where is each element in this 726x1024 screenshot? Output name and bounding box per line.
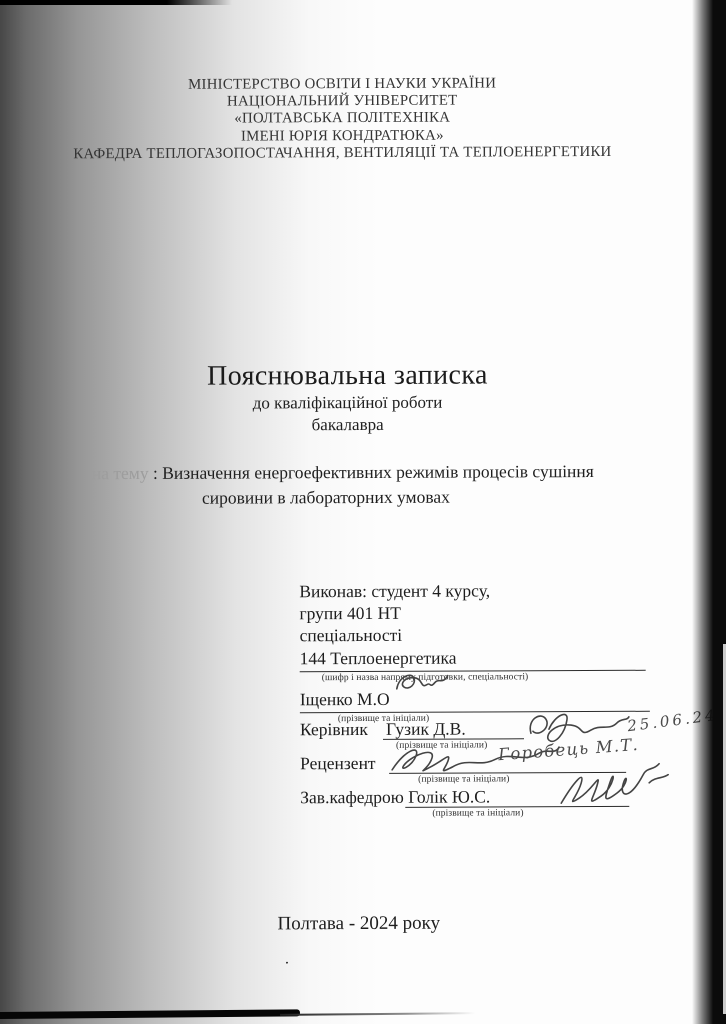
supervisor-name-field: Гузик Д.В. bbox=[383, 718, 524, 740]
page-content: МІНІСТЕРСТВО ОСВІТИ І НАУКИ УКРАЇНИ НАЦІ… bbox=[0, 0, 726, 1024]
institution-header: МІНІСТЕРСТВО ОСВІТИ І НАУКИ УКРАЇНИ НАЦІ… bbox=[26, 75, 658, 164]
specialty-field: 144 Теплоенергетика bbox=[300, 646, 646, 673]
executor-line2: групи 401 НТ bbox=[299, 601, 651, 625]
stray-ink-dot: . bbox=[285, 950, 289, 968]
dept-head-name: Голік Ю.С. bbox=[408, 786, 490, 806]
page-title: Пояснювальна записка bbox=[17, 359, 677, 394]
title-block: Пояснювальна записка до кваліфікаційної … bbox=[17, 359, 677, 438]
scan-edge-top bbox=[0, 0, 232, 5]
theme-text: : Визначення енергоефективних режимів пр… bbox=[149, 461, 594, 483]
theme-line2: сировини в лабораторних умовах bbox=[18, 484, 668, 512]
student-signature bbox=[393, 669, 451, 697]
header-line-department: КАФЕДРА ТЕПЛОГАЗОПОСТАЧАННЯ, ВЕНТИЛЯЦІЇ … bbox=[26, 144, 658, 164]
executor-line1: Виконав: студент 4 курсу, bbox=[299, 579, 651, 603]
specialty-value: 144 Теплоенергетика bbox=[300, 648, 457, 669]
reviewer-role: Рецензент bbox=[300, 753, 389, 774]
supervisor-role: Керівник bbox=[300, 719, 383, 740]
student-name: Іщенко М.О bbox=[300, 689, 390, 709]
theme-label: на тему bbox=[92, 463, 149, 483]
title-subtitle: до кваліфікаційної роботи bbox=[17, 391, 677, 416]
executor-line3: спеціальності bbox=[299, 623, 651, 647]
dept-head-signature bbox=[553, 759, 671, 812]
scan-edge-right bbox=[692, 0, 726, 1024]
theme-line1: на тему : Визначення енергоефективних ре… bbox=[18, 459, 668, 487]
theme-block: на тему : Визначення енергоефективних ре… bbox=[18, 459, 668, 512]
specialty-caption: (шифр і назва напряму підготовки, спеціа… bbox=[322, 672, 652, 684]
dept-head-role: Зав.кафедрою bbox=[300, 787, 405, 808]
executor-block: Виконав: студент 4 курсу, групи 401 НТ с… bbox=[299, 579, 652, 726]
supervisor-name: Гузик Д.В. bbox=[386, 719, 466, 739]
footer-city-year: Полтава - 2024 року bbox=[2, 911, 716, 936]
scanned-title-page: МІНІСТЕРСТВО ОСВІТИ І НАУКИ УКРАЇНИ НАЦІ… bbox=[0, 0, 726, 1024]
title-degree: бакалавра bbox=[18, 413, 678, 438]
